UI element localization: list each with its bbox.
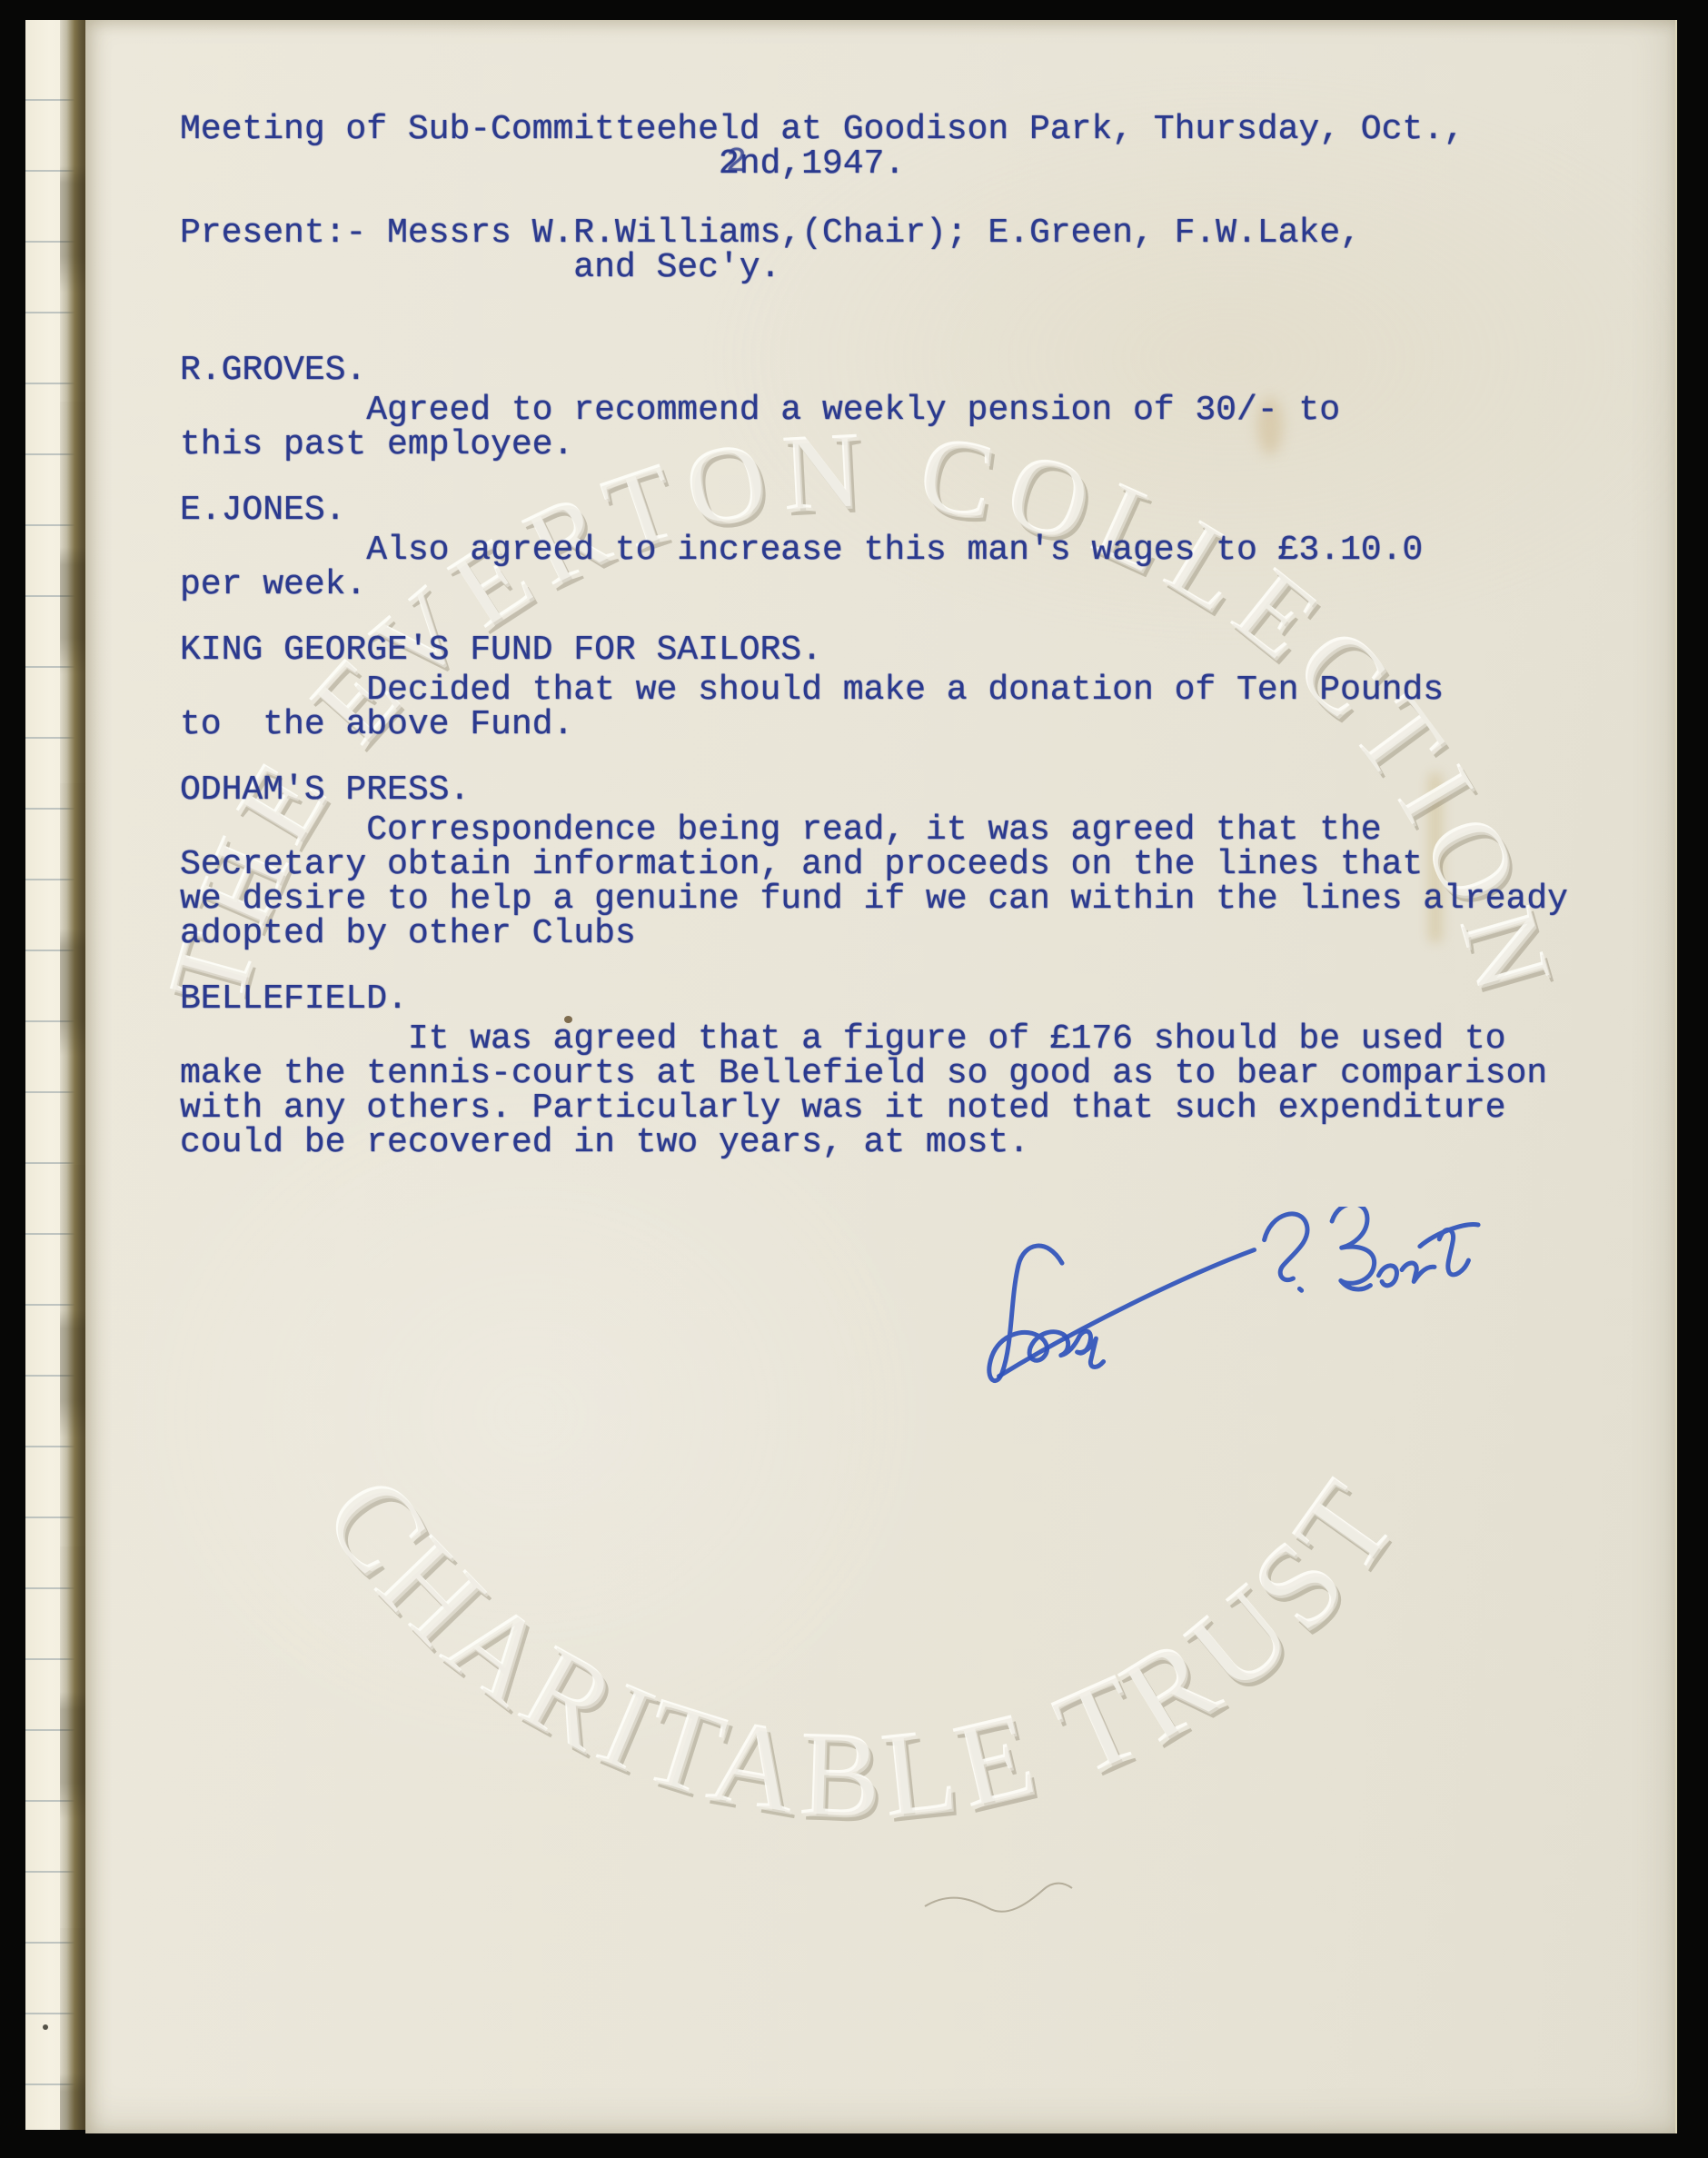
typed-block-section: ODHAM'S PRESS. Correspondence being read… [180,773,1597,951]
typed-block-section: BELLEFIELD. It was agreed that a figure … [180,982,1597,1160]
section-body-line: we desire to help a genuine fund if we c… [180,882,1597,917]
overstrike-character: 2 [726,145,747,180]
section-heading: E.JONES. [180,493,1597,528]
signature-stroke [990,1250,1264,1377]
typed-block-present: Present:- Messrs W.R.Williams,(Chair); E… [180,216,1597,285]
section-body-line: Correspondence being read, it was agreed… [180,813,1597,848]
typed-block-section: KING GEORGE'S FUND FOR SAILORS. Decided … [180,633,1597,742]
section-body-line: adopted by other Clubs [180,917,1597,951]
typed-block-section: R.GROVES. Agreed to recommend a weekly p… [180,353,1597,462]
section-body-line: Also agreed to increase this man's wages… [180,533,1597,568]
present-line: and Sec'y. [180,251,1597,285]
typed-content: Meeting of Sub-Committeeheld at Goodison… [180,113,1597,1160]
section-body-line: per week. [180,568,1597,602]
signature-stroke [978,1241,1104,1381]
section-heading: KING GEORGE'S FUND FOR SAILORS. [180,633,1597,668]
signature-stroke [1262,1212,1313,1293]
typed-block-header: Meeting of Sub-Committeeheld at Goodison… [180,113,1597,182]
binding-gutter [60,20,87,2130]
section-body-line: Secretary obtain information, and procee… [180,848,1597,882]
present-line: Present:- Messrs W.R.Williams,(Chair); E… [180,216,1597,251]
typed-block-section: E.JONES. Also agreed to increase this ma… [180,493,1597,602]
title-line: 2nd,1947. [180,147,1597,182]
section-body-line: Decided that we should make a donation o… [180,673,1597,708]
section-heading: ODHAM'S PRESS. [180,773,1597,808]
section-body-line: make the tennis-courts at Bellefield so … [180,1057,1597,1091]
scanned-document: THE EVERTON COLLECTION THE EVERTON COLLE… [0,0,1708,2158]
section-body-line: this past employee. [180,428,1597,462]
paper-speck [43,2024,48,2030]
section-body-line: with any others. Particularly was it not… [180,1091,1597,1126]
section-body-line: to the above Fund. [180,708,1597,742]
signature [977,1207,1485,1393]
title-line: Meeting of Sub-Committeeheld at Goodison… [180,113,1597,147]
section-heading: BELLEFIELD. [180,982,1597,1017]
section-body-line: could be recovered in two years, at most… [180,1126,1597,1160]
section-body-line: Agreed to recommend a weekly pension of … [180,393,1597,428]
section-heading: R.GROVES. [180,353,1597,388]
signature-stroke [1331,1207,1484,1291]
section-body-line: It was agreed that a figure of £176 shou… [180,1022,1597,1057]
